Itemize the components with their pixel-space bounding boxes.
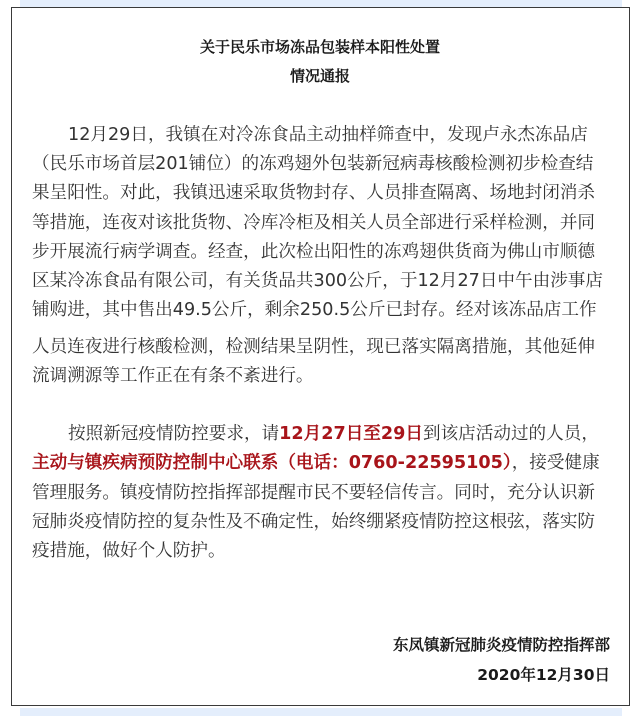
text-plain: 按照新冠疫情防控要求，请	[68, 424, 279, 444]
paragraph-line: 人员连夜进行核酸检测，检测结果呈阴性，现已落实隔离措施，其他延伸	[32, 333, 595, 358]
notice-title: 关于民乐市场冻品包装样本阳性处置	[0, 36, 640, 57]
paragraph-line: 主动与镇疾病预防控制中心联系（电话：0760-22595105），接受健康	[32, 449, 600, 474]
paragraph-line: 区某冷冻食品有限公司，有关货品共300公斤，于12月27日中午由涉事店	[32, 267, 603, 292]
signature-date: 2020年12月30日	[477, 663, 610, 685]
paragraph-line: 疫措施，做好个人防护。	[32, 537, 226, 562]
paragraph-line: 流调溯源等工作正在有条不紊进行。	[32, 362, 314, 387]
paragraph-line: 步开展流行病学调查。经查，此次检出阳性的冻鸡翅供货商为佛山市顺德	[32, 238, 595, 263]
top-decorative-strip	[20, 0, 622, 7]
paragraph-line: 果呈阳性。对此，我镇迅速采取货物封存、人员排查隔离、场地封闭消杀	[32, 179, 595, 204]
paragraph-line: 铺购进，其中售出49.5公斤，剩余250.5公斤已封存。经对该冻品店工作	[32, 296, 597, 321]
signature-organization: 东凤镇新冠肺炎疫情防控指挥部	[393, 633, 610, 655]
highlight-date-range: 12月27日至29日	[279, 424, 423, 444]
paragraph-line: （民乐市场首层201铺位）的冻鸡翅外包装新冠病毒核酸检测初步检查结	[32, 150, 593, 175]
notice-subtitle: 情况通报	[0, 65, 640, 86]
paragraph-line: 12月29日，我镇在对冷冻食品主动抽样筛查中，发现卢永杰冻品店	[68, 121, 588, 146]
paragraph-line: 冠肺炎疫情防控的复杂性及不确定性，始终绷紧疫情防控这根弦，落实防	[32, 508, 595, 533]
paragraph-line: 按照新冠疫情防控要求，请12月27日至29日到该店活动过的人员，	[68, 420, 599, 445]
highlight-contact-phone: 主动与镇疾病预防控制中心联系（电话：0760-22595105）	[32, 453, 512, 473]
text-plain: ，接受健康	[512, 453, 600, 473]
text-plain: 到该店活动过的人员，	[423, 424, 599, 444]
paragraph-line: 等措施，连夜对该批货物、冷库冷柜及相关人员全部进行采样检测，并同	[32, 209, 595, 234]
paragraph-line: 管理服务。镇疫情防控指挥部提醒市民不要轻信传言。同时，充分认识新	[32, 479, 595, 504]
bottom-decorative-strip	[20, 708, 622, 716]
